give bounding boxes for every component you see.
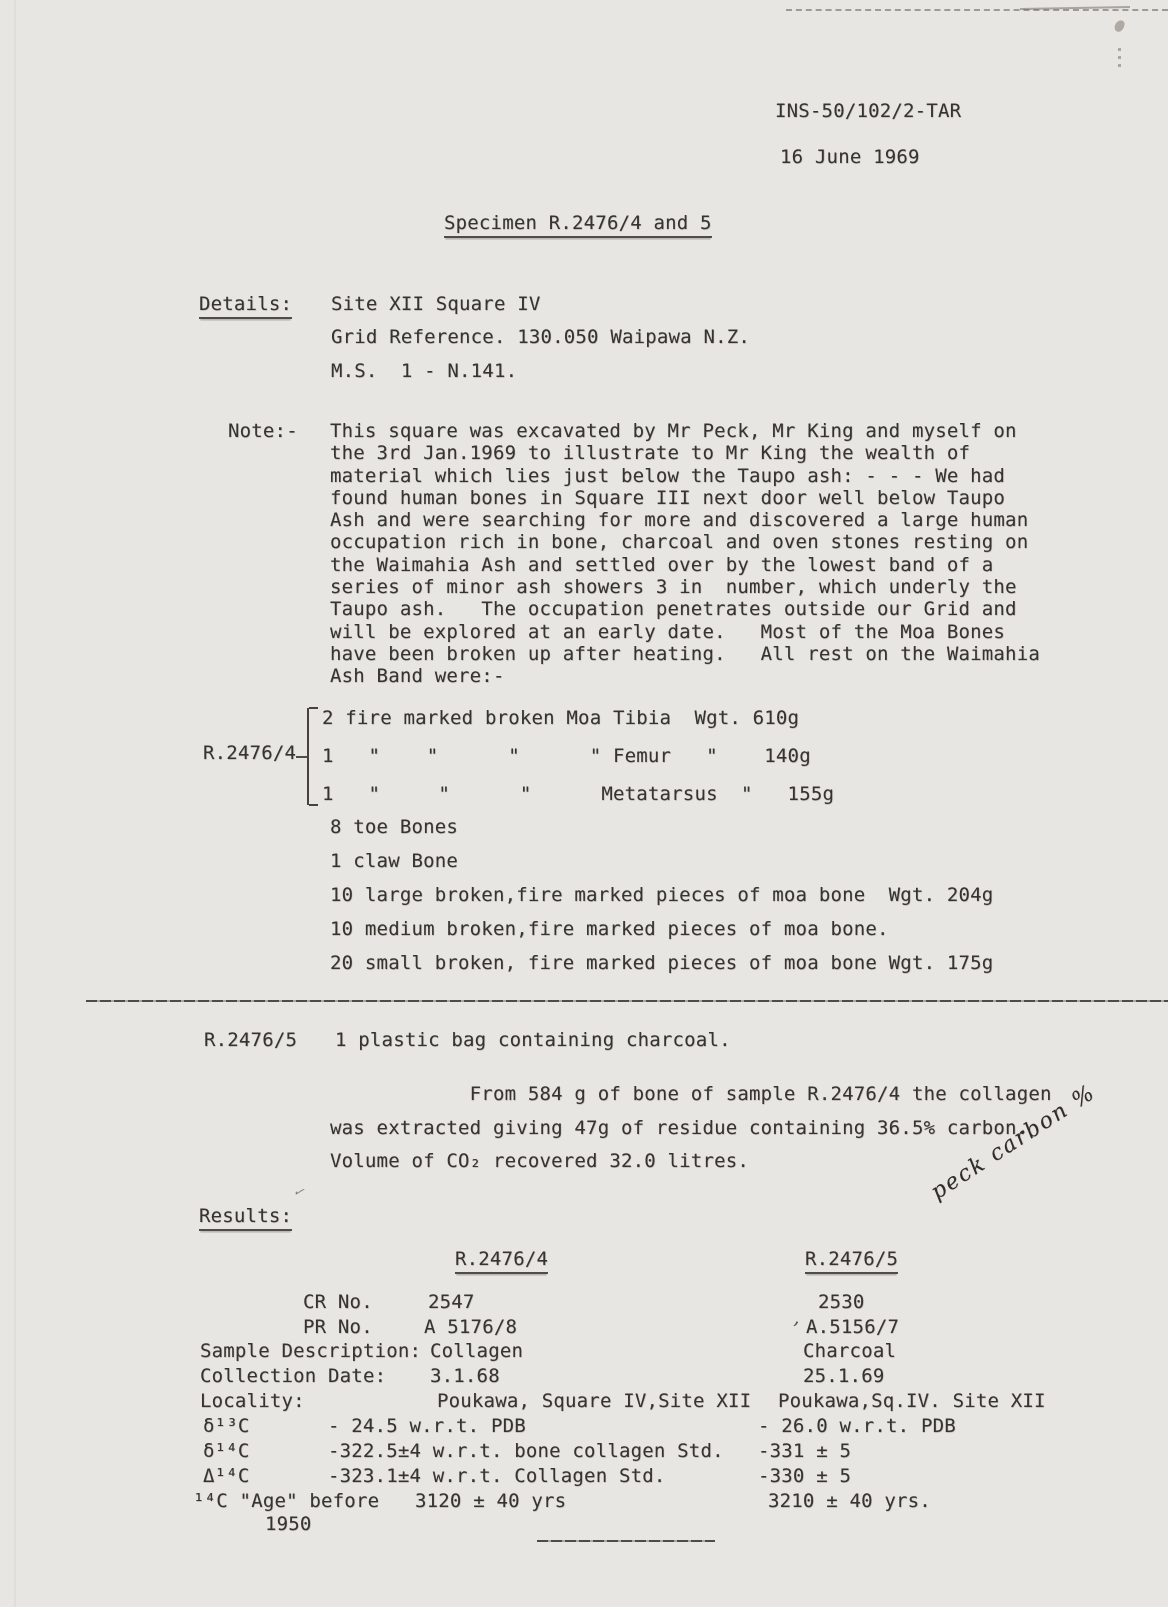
document-page: INS-50/102/2-TAR 16 June 1969 Specimen R… (0, 0, 1168, 1607)
row-value1: A 5176/8 (424, 1316, 517, 1338)
row-value1: 3120 ± 40 yrs (415, 1490, 566, 1512)
scan-artifact-dashed-line (786, 9, 1168, 11)
note-label: Note:- (228, 420, 298, 442)
row-value1: Poukawa, Square IV,Site XII (437, 1390, 751, 1412)
row-value1: - 24.5 w.r.t. PDB (328, 1415, 526, 1437)
collagen-note-text: From 584 g of bone of sample R.2476/4 th… (330, 1078, 1052, 1179)
row-value2: - 26.0 w.r.t. PDB (758, 1415, 956, 1437)
page-title: Specimen R.2476/4 and 5 (444, 212, 712, 238)
specimen4-list-item: 20 small broken, fire marked pieces of m… (330, 952, 993, 974)
specimen4-bracket-row: 2 fire marked broken Moa Tibia Wgt. 610g (322, 707, 799, 729)
bracket-glyph (307, 708, 318, 805)
scan-artifact-dots (1118, 48, 1121, 70)
specimen4-list-item: 10 medium broken,fire marked pieces of m… (330, 918, 889, 940)
reference-number: INS-50/102/2-TAR (775, 100, 961, 122)
specimen4-label: R.2476/4 (203, 742, 296, 764)
specimen4-bracket-row: 1 " " " Metatarsus " 155g (322, 783, 834, 805)
row-label: Collection Date: (200, 1365, 386, 1387)
row-value1: Collagen (430, 1340, 523, 1362)
specimen4-bracket-row: 1 " " " " Femur " 140g (322, 745, 811, 767)
row-value2: 2530 (818, 1291, 865, 1313)
row-value2: -330 ± 5 (758, 1465, 851, 1487)
details-map-sheet: M.S. 1 - N.141. (331, 360, 517, 382)
row-value2: Poukawa,Sq.IV. Site XII (778, 1390, 1046, 1412)
details-grid-reference: Grid Reference. 130.050 Waipawa N.Z. (331, 326, 750, 348)
row-label-delta13c: δ¹³C (203, 1415, 250, 1437)
details-label: Details: (199, 293, 292, 319)
row-value2: 25.1.69 (803, 1365, 884, 1387)
specimen5-text: 1 plastic bag containing charcoal. (335, 1029, 731, 1051)
results-label: Results: (199, 1205, 292, 1231)
document-date: 16 June 1969 (780, 146, 920, 168)
specimen5-label: R.2476/5 (204, 1029, 297, 1051)
row-label: PR No. (303, 1316, 373, 1338)
note-text: This square was excavated by Mr Peck, Mr… (330, 420, 1040, 688)
row-label: CR No. (303, 1291, 373, 1313)
row-value1: -322.5±4 w.r.t. bone collagen Std. (328, 1440, 724, 1462)
specimen4-list-item: 10 large broken,fire marked pieces of mo… (330, 884, 993, 906)
section-divider-rule (86, 1000, 1168, 1002)
scan-edge-shadow (14, 0, 16, 1607)
row-value2: 3210 ± 40 yrs. (768, 1490, 931, 1512)
handwritten-check-mark: ✓ (291, 1184, 305, 1201)
bottom-rule (537, 1540, 715, 1542)
results-column2-header: R.2476/5 (805, 1248, 898, 1274)
handwritten-tick: ’ (790, 1317, 800, 1342)
specimen4-list-item: 8 toe Bones (330, 816, 458, 838)
row-value1: 3.1.68 (430, 1365, 500, 1387)
row-value2: A.5156/7 (806, 1316, 899, 1338)
row-label-c14-age: ¹⁴C "Age" before (193, 1490, 379, 1512)
row-value1: -323.1±4 w.r.t. Collagen Std. (328, 1465, 666, 1487)
details-site: Site XII Square IV (331, 293, 541, 315)
scan-artifact-blob (1113, 19, 1126, 33)
age-label-continuation: 1950 (265, 1513, 312, 1535)
row-value2: -331 ± 5 (758, 1440, 851, 1462)
row-value2: Charcoal (803, 1340, 896, 1362)
row-label: Locality: (200, 1390, 305, 1412)
row-label-delta14c: δ¹⁴C (203, 1440, 250, 1462)
row-label-bigdelta14c: Δ¹⁴C (203, 1465, 250, 1487)
row-value1: 2547 (428, 1291, 475, 1313)
specimen4-list-item: 1 claw Bone (330, 850, 458, 872)
row-label: Sample Description: (200, 1340, 421, 1362)
bracket-tick-glyph (296, 756, 307, 758)
results-column1-header: R.2476/4 (455, 1248, 548, 1274)
